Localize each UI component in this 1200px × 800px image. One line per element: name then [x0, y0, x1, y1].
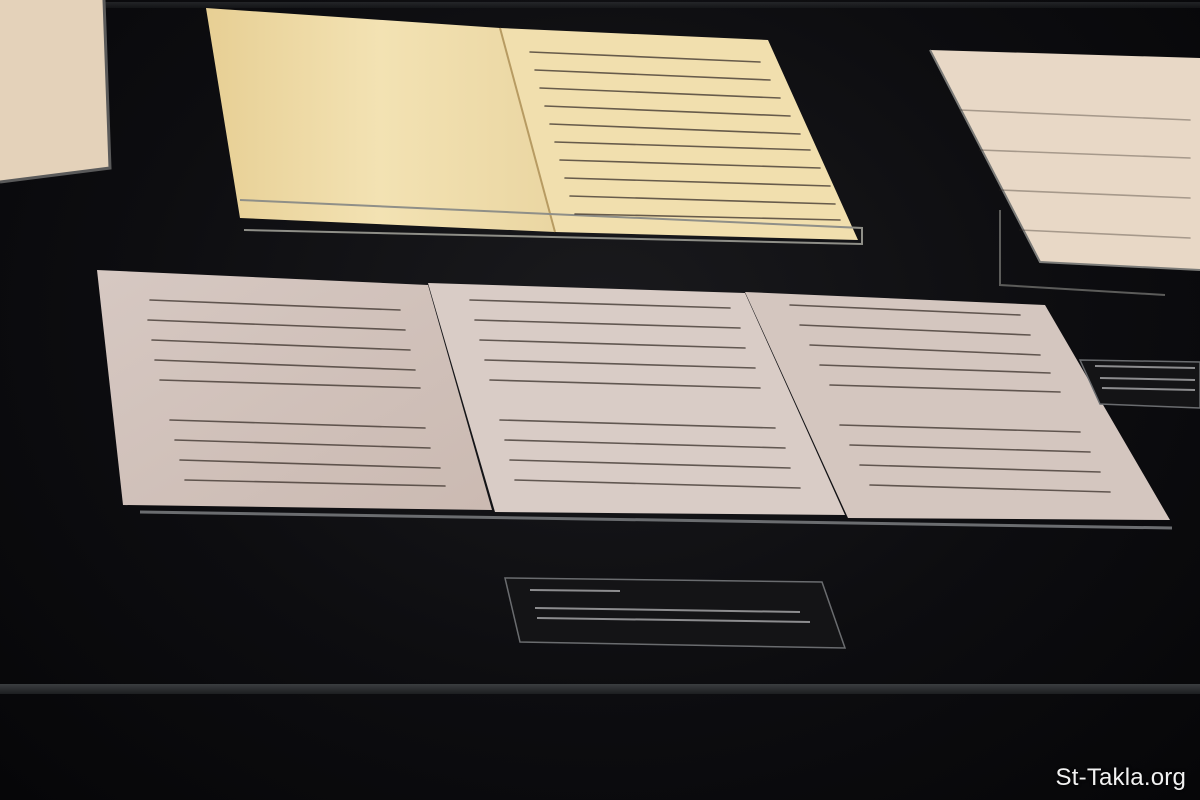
- display-case-photo: St-Takla.org: [0, 0, 1200, 800]
- open-notebook: [206, 8, 862, 244]
- left-partial-sheet: [0, 0, 110, 182]
- manuscripts-illustration: [0, 0, 1200, 800]
- right-placard: [1080, 360, 1200, 408]
- watermark: St-Takla.org: [1056, 764, 1186, 792]
- right-stand-sheet: [930, 50, 1200, 295]
- center-placard: [505, 578, 845, 648]
